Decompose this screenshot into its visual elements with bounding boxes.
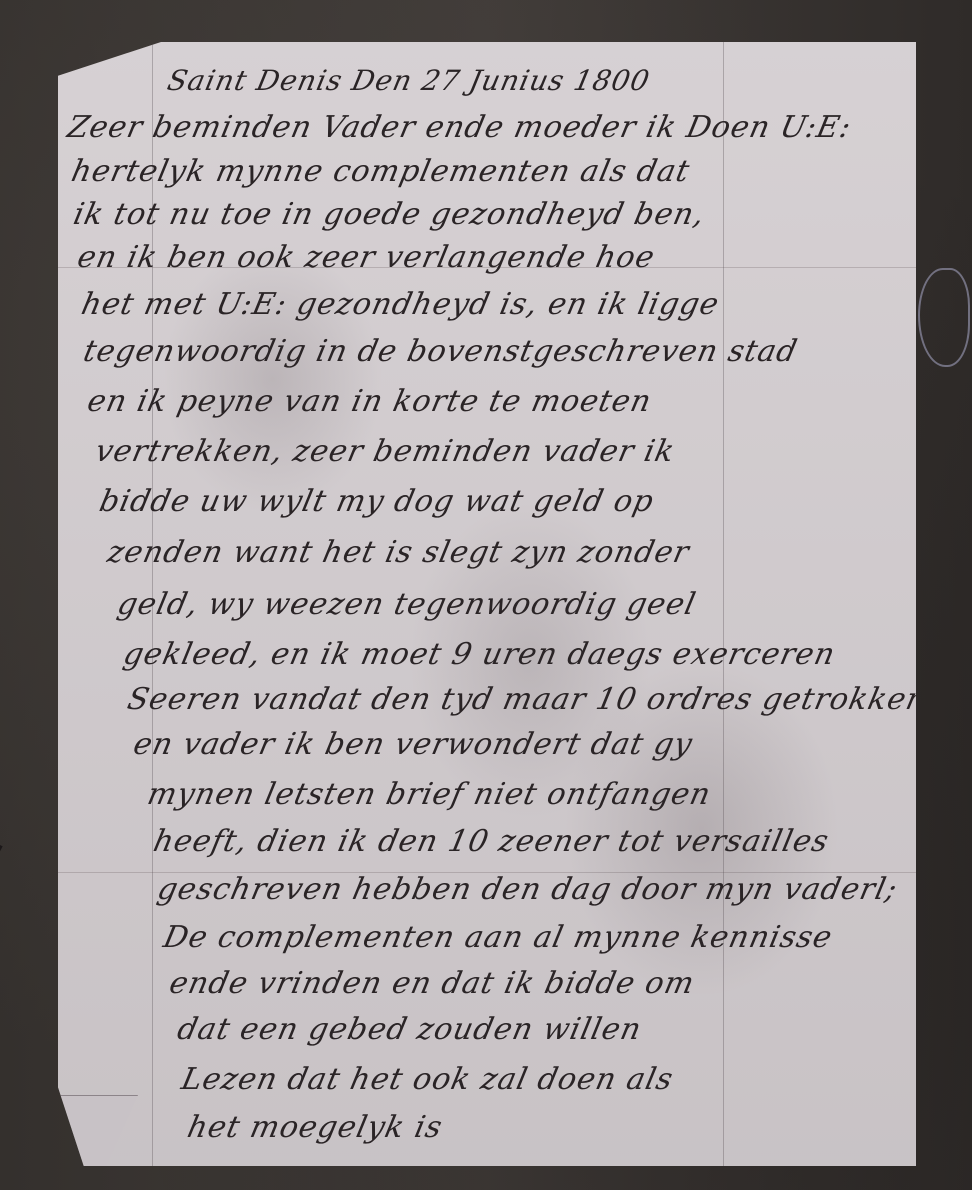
letter-heading: Saint Denis Den 27 Junius 1800 <box>164 64 653 97</box>
letter-line: het moegelyk is <box>184 1110 446 1145</box>
letter-line: ik tot nu toe in goede gezondheyd ben, <box>70 197 708 232</box>
letter-line: heeft, dien ik den 10 zeener tot versail… <box>150 824 832 859</box>
letter-paper: Saint Denis Den 27 Junius 1800 Zeer bemi… <box>58 42 916 1166</box>
letter-line: gekleed, en ik moet 9 uren daegs exercer… <box>120 637 838 672</box>
letter-line: mynen letsten brief niet ontfangen <box>144 777 714 812</box>
heading-text: Saint Denis Den 27 Junius 1800 <box>164 64 653 97</box>
letter-line: De complementen aan al mynne kennisse <box>160 920 836 955</box>
letter-line: zenden want het is slegt zyn zonder <box>104 535 692 570</box>
letter-line: en ik peyne van in korte te moeten <box>84 384 655 419</box>
letter-line: geld, wy weezen tegenwoordig geel <box>114 587 699 622</box>
letter-line: Zeer beminden Vader ende moeder ik Doen … <box>64 110 854 145</box>
letter-line: dat een gebed zouden willen <box>174 1012 645 1047</box>
letter-line: en ik ben ook zeer verlangende hoe <box>74 240 658 275</box>
letter-line: geschreven hebben den dag door myn vader… <box>154 872 901 907</box>
letter-line: bidde uw wylt my dog wat geld op <box>96 484 657 519</box>
letter-line: vertrekken, zeer beminden vader ik <box>92 434 678 469</box>
letter-line: Lezen dat het ook zal doen als <box>178 1062 676 1097</box>
letter-line: het met U:E: gezondheyd is, en ik ligge <box>78 287 722 322</box>
light-artifact <box>918 268 970 367</box>
scratch-mark <box>0 845 3 961</box>
folded-corner <box>58 1095 138 1166</box>
fold-line-vertical <box>723 42 724 1166</box>
letter-line: Seeren vandat den tyd maar 10 ordres get… <box>124 682 930 717</box>
letter-line: en vader ik ben verwondert dat gy <box>130 727 696 762</box>
letter-line: ende vrinden en dat ik bidde om <box>166 966 698 1001</box>
letter-line: hertelyk mynne complementen als dat <box>68 154 693 189</box>
letter-line: tegenwoordig in de bovenstgeschreven sta… <box>80 334 801 369</box>
